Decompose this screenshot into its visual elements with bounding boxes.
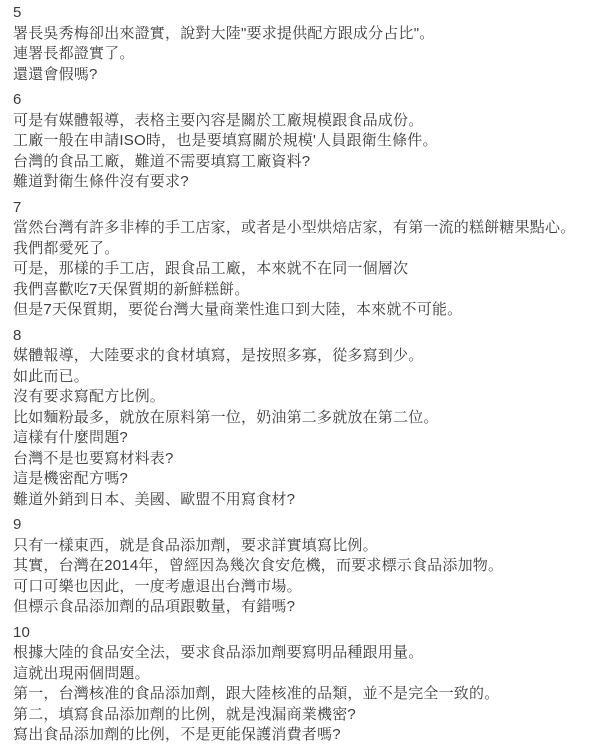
numbered-section: 6可是有媒體報導，表格主要內容是關於工廠規模跟食品成份。工廠一般在申請ISO時，… (13, 90, 579, 193)
text-line: 我們喜歡吃7天保質期的新鮮糕餅。 (13, 280, 579, 301)
text-line: 但是7天保質期，要從台灣大量商業性進口到大陸，本來就不可能。 (13, 300, 579, 321)
text-line: 當然台灣有許多非棒的手工店家，或者是小型烘焙店家，有第一流的糕餅糖果點心。 (13, 218, 579, 239)
text-line: 難道對衛生條件沒有要求? (13, 172, 579, 193)
text-line: 還還會假嗎? (13, 65, 579, 86)
text-line: 其實，台灣在2014年，曾經因為幾次食安危機，而要求標示食品添加物。 (13, 556, 579, 577)
text-line: 台灣的食品工廠，難道不需要填寫工廠資料? (13, 152, 579, 173)
section-number: 9 (13, 515, 579, 536)
text-line: 媒體報導，大陸要求的食材填寫，是按照多寡，從多寫到少。 (13, 346, 579, 367)
text-line: 署長吳秀梅卻出來證實，說對大陸"要求提供配方跟成分占比"。 (13, 24, 579, 45)
numbered-section: 7當然台灣有許多非棒的手工店家，或者是小型烘焙店家，有第一流的糕餅糖果點心。我們… (13, 198, 579, 321)
text-line: 如此而已。 (13, 367, 579, 388)
section-number: 7 (13, 198, 579, 219)
text-line: 根據大陸的食品安全法，要求食品添加劑要寫明品種跟用量。 (13, 643, 579, 664)
text-line: 第一，台灣核准的食品添加劑，跟大陸核准的品類，並不是完全一致的。 (13, 684, 579, 705)
section-number: 5 (13, 3, 579, 24)
text-line: 可是，那樣的手工店，跟食品工廠，本來就不在同一個層次 (13, 259, 579, 280)
text-line: 這樣有什麼問題? (13, 428, 579, 449)
text-line: 只有一樣東西，就是食品添加劑，要求詳實填寫比例。 (13, 536, 579, 557)
text-line: 這是機密配方嗎? (13, 469, 579, 490)
text-line: 沒有要求寫配方比例。 (13, 387, 579, 408)
section-number: 10 (13, 623, 579, 644)
text-line: 難道外銷到日本、美國、歐盟不用寫食材? (13, 490, 579, 511)
text-line: 工廠一般在申請ISO時，也是要填寫關於規模'人員跟衛生條件。 (13, 131, 579, 152)
text-line: 可口可樂也因此，一度考慮退出台灣市場。 (13, 577, 579, 598)
text-line: 我們都愛死了。 (13, 239, 579, 260)
text-line: 可是有媒體報導，表格主要內容是關於工廠規模跟食品成份。 (13, 111, 579, 132)
numbered-section: 8媒體報導，大陸要求的食材填寫，是按照多寡，從多寫到少。如此而已。沒有要求寫配方… (13, 326, 579, 511)
text-line: 這就出現兩個問題。 (13, 664, 579, 685)
numbered-section: 9只有一樣東西，就是食品添加劑，要求詳實填寫比例。其實，台灣在2014年，曾經因… (13, 515, 579, 618)
text-line: 台灣不是也要寫材料表? (13, 449, 579, 470)
article-text: 5署長吳秀梅卻出來證實，說對大陸"要求提供配方跟成分占比"。連署長都證實了。還還… (0, 0, 597, 746)
text-line: 但標示食品添加劑的品項跟數量，有錯嗎? (13, 597, 579, 618)
text-line: 第二，填寫食品添加劑的比例，就是洩漏商業機密? (13, 705, 579, 726)
section-number: 6 (13, 90, 579, 111)
text-line: 連署長都證實了。 (13, 44, 579, 65)
text-line: 寫出食品添加劑的比例，不是更能保護消費者嗎? (13, 725, 579, 746)
numbered-section: 10根據大陸的食品安全法，要求食品添加劑要寫明品種跟用量。這就出現兩個問題。第一… (13, 623, 579, 746)
text-line: 比如麵粉最多，就放在原料第一位，奶油第二多就放在第二位。 (13, 408, 579, 429)
section-number: 8 (13, 326, 579, 347)
numbered-section: 5署長吳秀梅卻出來證實，說對大陸"要求提供配方跟成分占比"。連署長都證實了。還還… (13, 3, 579, 85)
